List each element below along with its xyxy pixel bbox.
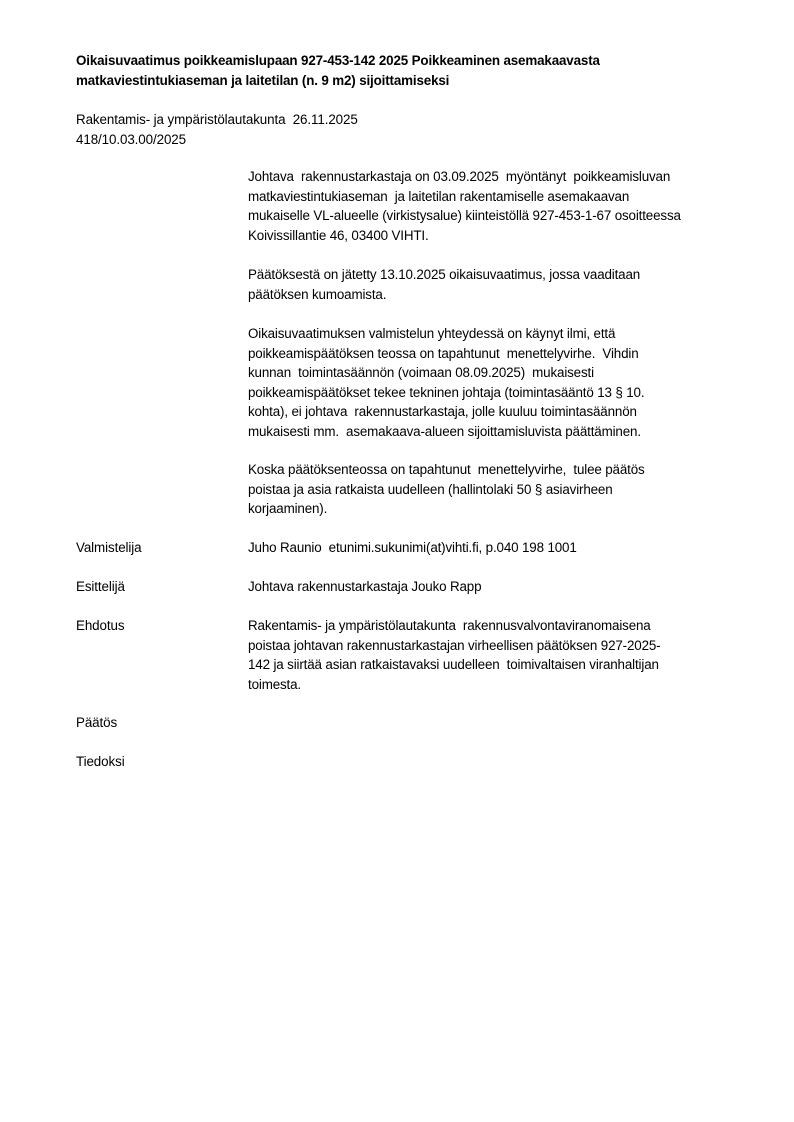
presenter-name: Johtava rakennustarkastaja Jouko Rapp	[248, 577, 481, 597]
paragraph-line: poikkeamispäätöksen teossa on tapahtunut…	[248, 344, 748, 364]
paragraph-permit-granted: Johtava rakennustarkastaja on 03.09.2025…	[248, 167, 748, 245]
paragraph-line: Oikaisuvaatimuksen valmistelun yhteydess…	[248, 324, 748, 344]
title-line: Oikaisuvaatimus poikkeamislupaan 927-453…	[76, 51, 696, 71]
title-line: matkaviestintukiaseman ja laitetilan (n.…	[76, 71, 696, 91]
paragraph-procedural-error: Oikaisuvaatimuksen valmistelun yhteydess…	[248, 324, 748, 441]
document-title: Oikaisuvaatimus poikkeamislupaan 927-453…	[76, 51, 696, 91]
field-value-presenter: Johtava rakennustarkastaja Jouko Rapp	[248, 577, 481, 597]
paragraph-line: mukaisesti mm. asemakaava-alueen sijoitt…	[248, 422, 748, 442]
paragraph-line: päätöksen kumoamista.	[248, 285, 748, 305]
paragraph-line: mukaiselle VL-alueelle (virkistysalue) k…	[248, 206, 748, 226]
paragraph-line: kunnan toimintasäännön (voimaan 08.09.20…	[248, 363, 748, 383]
document-page: Oikaisuvaatimus poikkeamislupaan 927-453…	[0, 0, 794, 1122]
paragraph-line: matkaviestintukiaseman ja laitetilan rak…	[248, 187, 748, 207]
committee-date: Rakentamis- ja ympäristölautakunta 26.11…	[76, 110, 358, 130]
proposal-line: 142 ja siirtää asian ratkaistavaksi uude…	[248, 655, 660, 675]
paragraph-line: Koska päätöksenteossa on tapahtunut mene…	[248, 460, 748, 480]
field-label-preparer: Valmistelija	[76, 538, 142, 558]
paragraph-line: Johtava rakennustarkastaja on 03.09.2025…	[248, 167, 748, 187]
paragraph-line: poikkeamispäätökset tekee tekninen johta…	[248, 383, 748, 403]
paragraph-line: poistaa ja asia ratkaista uudelleen (hal…	[248, 480, 748, 500]
paragraph-line: korjaaminen).	[248, 499, 748, 519]
field-value-proposal: Rakentamis- ja ympäristölautakunta raken…	[248, 616, 660, 694]
field-label-presenter: Esittelijä	[76, 577, 125, 597]
document-meta: Rakentamis- ja ympäristölautakunta 26.11…	[76, 110, 358, 150]
proposal-line: poistaa johtavan rakennustarkastajan vir…	[248, 636, 660, 656]
field-label-decision: Päätös	[76, 713, 117, 733]
preparer-contact: Juho Raunio etunimi.sukunimi(at)vihti.fi…	[248, 538, 577, 558]
paragraph-line: kohta), ei johtava rakennustarkastaja, j…	[248, 402, 748, 422]
paragraph-conclusion: Koska päätöksenteossa on tapahtunut mene…	[248, 460, 748, 519]
proposal-line: toimesta.	[248, 675, 660, 695]
paragraph-appeal-filed: Päätöksestä on jätetty 13.10.2025 oikais…	[248, 265, 748, 304]
paragraph-line: Koivissillantie 46, 03400 VIHTI.	[248, 226, 748, 246]
proposal-line: Rakentamis- ja ympäristölautakunta raken…	[248, 616, 660, 636]
field-label-for-information: Tiedoksi	[76, 752, 125, 772]
field-label-proposal: Ehdotus	[76, 616, 124, 636]
paragraph-line: Päätöksestä on jätetty 13.10.2025 oikais…	[248, 265, 748, 285]
record-number: 418/10.03.00/2025	[76, 130, 358, 150]
field-value-preparer: Juho Raunio etunimi.sukunimi(at)vihti.fi…	[248, 538, 577, 558]
